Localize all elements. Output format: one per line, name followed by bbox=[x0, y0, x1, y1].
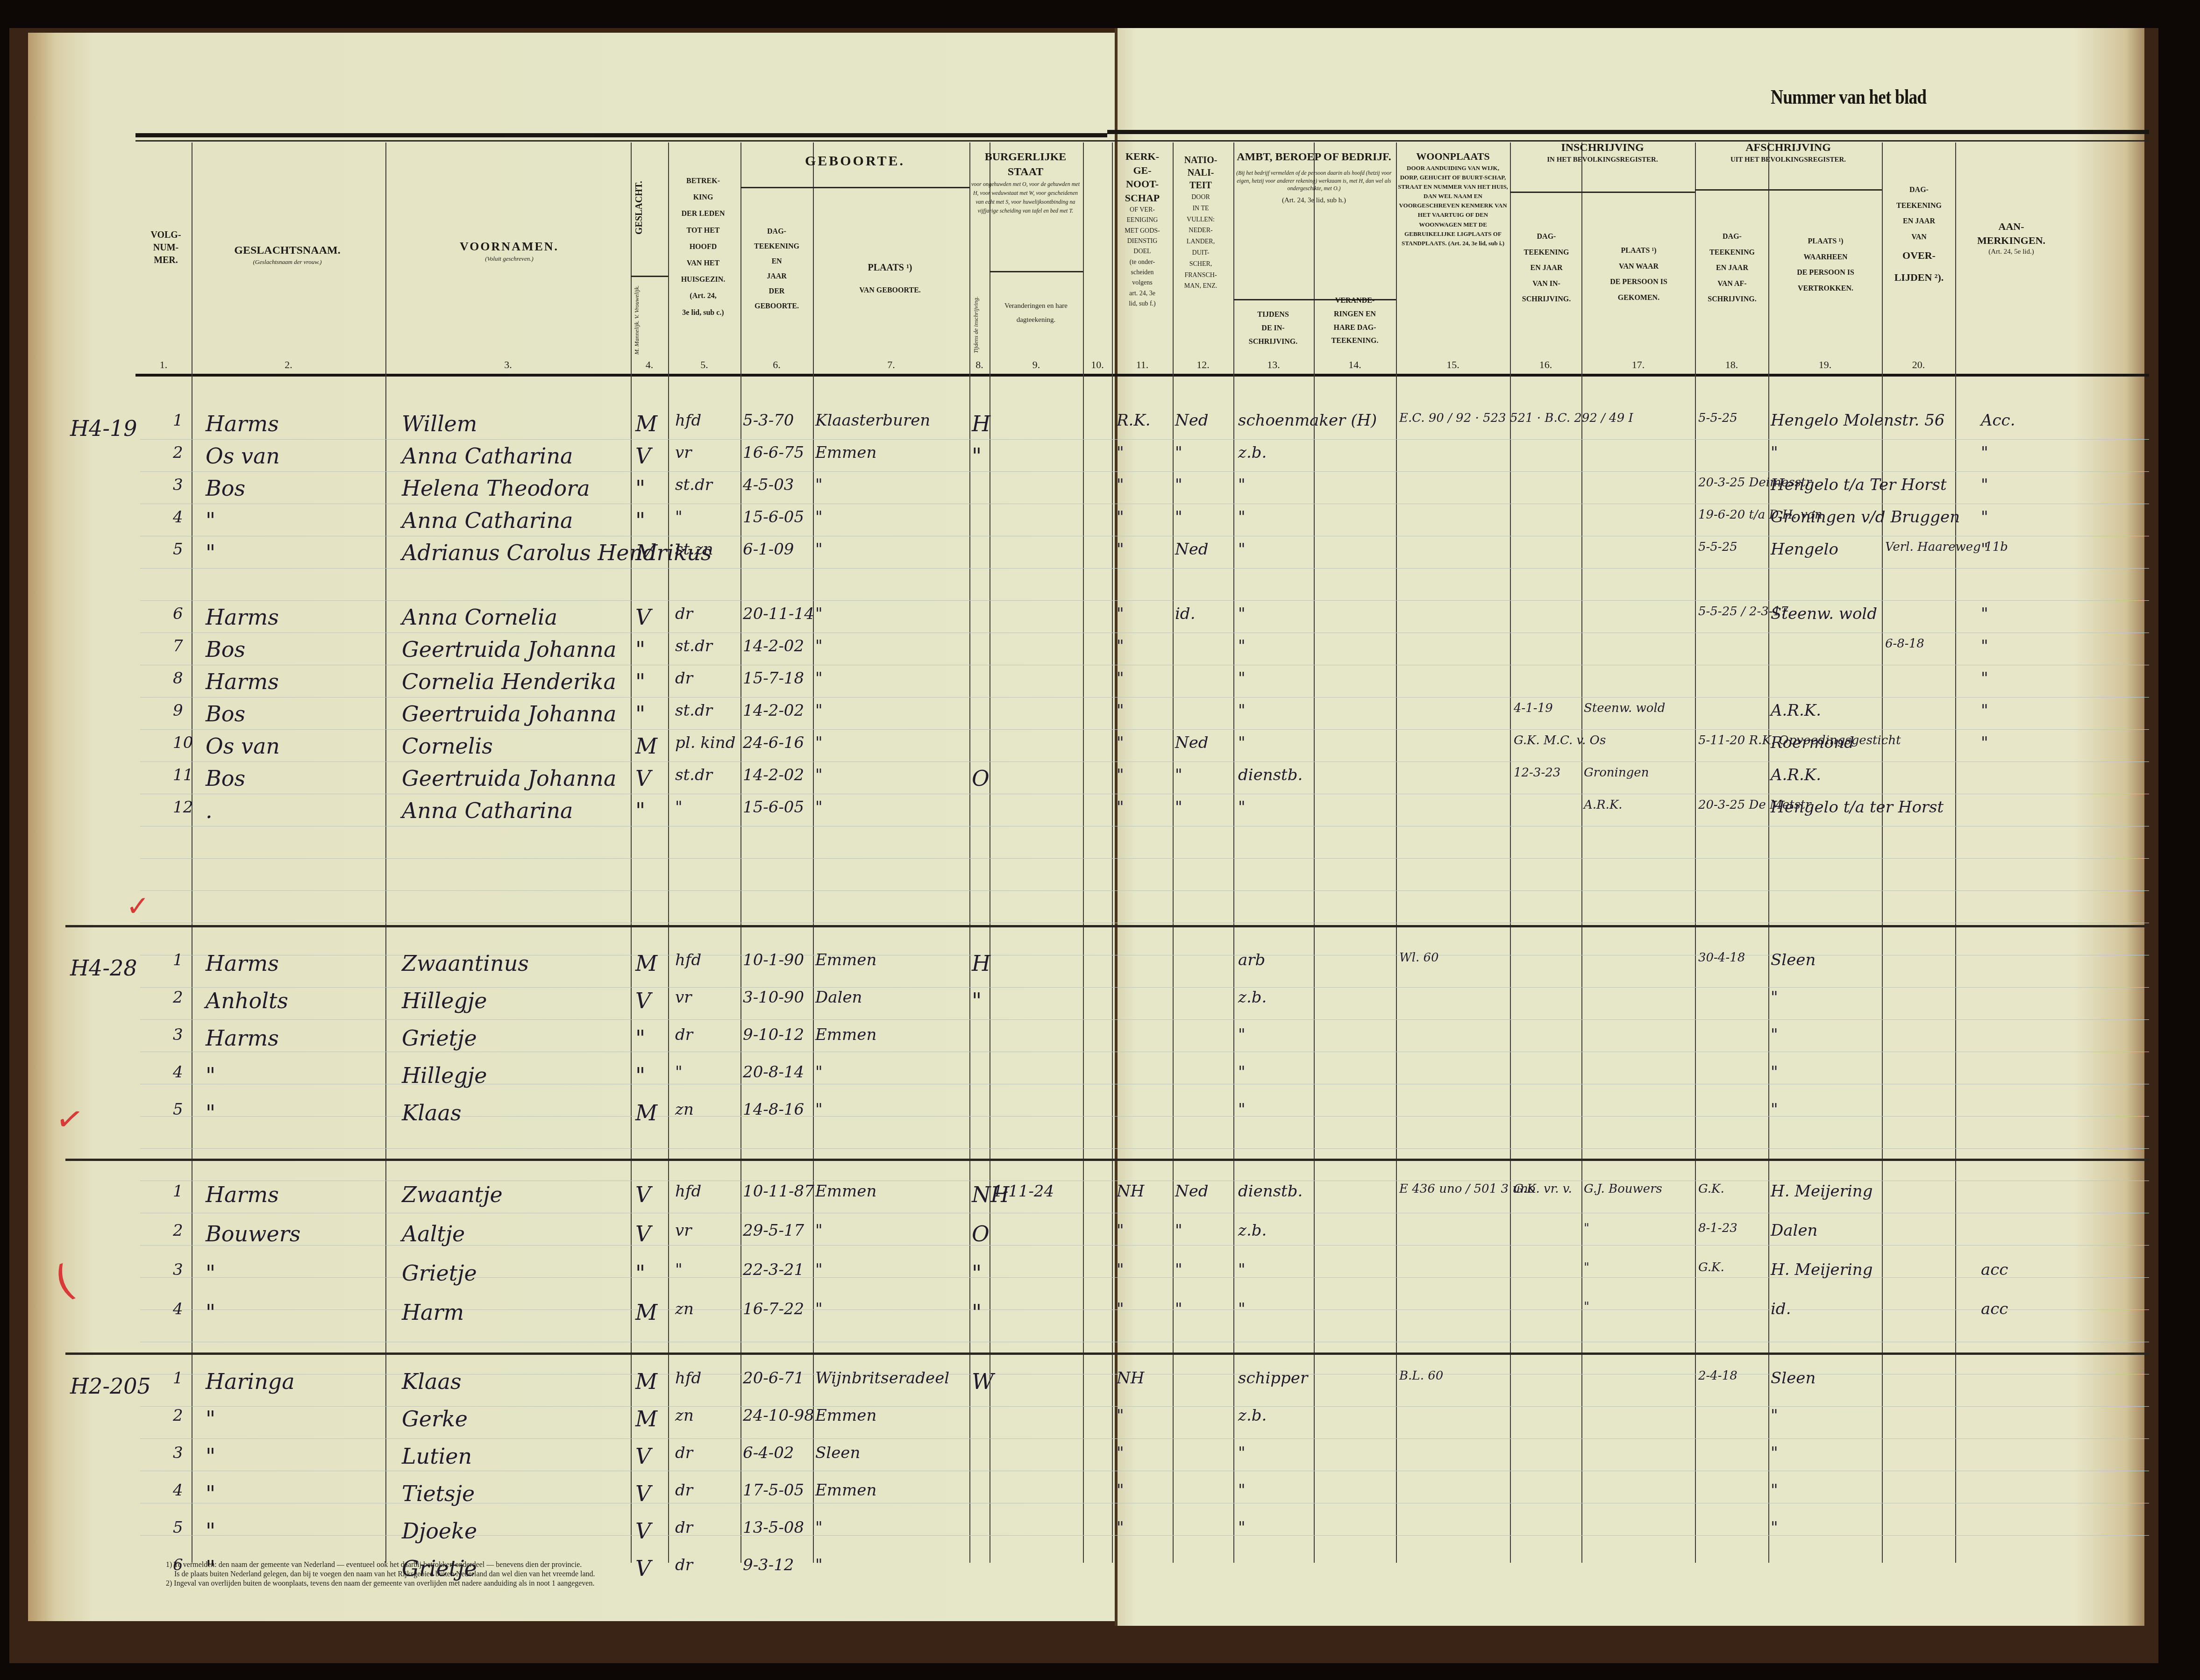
header-col-10: KERK-GE-NOOT-SCHAPOF VER-EENIGINGMET GOD… bbox=[1114, 149, 1170, 310]
entry-out-date: G.K. bbox=[1698, 1182, 1724, 1196]
entry-born: 14-2-02 bbox=[743, 637, 804, 655]
entry-out-date: 5-5-25 bbox=[1698, 540, 1737, 554]
entry-out-place: " bbox=[1771, 443, 1778, 462]
entry-occ: " bbox=[1238, 1063, 1246, 1082]
entry-rel: dr bbox=[675, 605, 693, 623]
entry-church: " bbox=[1117, 508, 1124, 527]
entry-occ: " bbox=[1238, 605, 1246, 623]
ruled-line bbox=[140, 987, 2149, 988]
entry-rel: " bbox=[675, 1260, 683, 1279]
footnote-1: 1) Te vermelden: den naam der gemeente v… bbox=[166, 1560, 867, 1570]
ruled-line bbox=[140, 826, 2149, 826]
column-number: 14. bbox=[1314, 359, 1396, 371]
entry-n: 7 bbox=[173, 637, 183, 655]
entry-rel: st.zn bbox=[675, 540, 713, 559]
entry-surname: . bbox=[206, 798, 213, 823]
entry-sex: V bbox=[635, 1518, 651, 1544]
column-divider bbox=[1173, 142, 1174, 1563]
column-divider bbox=[1882, 142, 1883, 1563]
entry-church: " bbox=[1117, 540, 1124, 559]
entry-given: Anna Cornelia bbox=[402, 605, 557, 630]
entry-place: Sleen bbox=[815, 1444, 860, 1462]
column-number: 2. bbox=[192, 359, 385, 371]
entry-rel: hfd bbox=[675, 1369, 701, 1388]
entry-rel: vr bbox=[675, 1221, 691, 1240]
entry-remark: " bbox=[1981, 476, 1988, 494]
entry-born: 29-5-17 bbox=[743, 1221, 804, 1240]
entry-born: 3-10-90 bbox=[743, 988, 804, 1007]
entry-surname: " bbox=[206, 1300, 215, 1325]
column-number: 18. bbox=[1695, 359, 1768, 371]
entry-church: " bbox=[1117, 1406, 1124, 1425]
entry-out-place: Dalen bbox=[1771, 1221, 1817, 1240]
entry-born: 24-10-98 bbox=[743, 1406, 814, 1425]
entry-rel: dr bbox=[675, 1025, 693, 1044]
entry-n: 1 bbox=[173, 411, 183, 430]
entry-nat: Ned bbox=[1175, 411, 1209, 430]
entry-occ: arb bbox=[1238, 951, 1265, 969]
entry-n: 6 bbox=[173, 605, 183, 623]
entry-born: 5-3-70 bbox=[743, 411, 794, 430]
header-col-1: VOLG-NUM-MER. bbox=[140, 229, 192, 267]
header-col-15: DAG-TEEKENINGEN JAARVAN IN-SCHRIJVING. bbox=[1511, 229, 1581, 307]
entry-in-place: A.R.K. bbox=[1584, 798, 1623, 812]
footnotes: 1) Te vermelden: den naam der gemeente v… bbox=[166, 1560, 867, 1588]
entry-occ: " bbox=[1238, 1518, 1246, 1537]
entry-church: " bbox=[1117, 1300, 1124, 1318]
header-col-13: VERANDE-RINGEN ENHARE DAG-TEEKENING. bbox=[1315, 294, 1395, 348]
entry-n: 3 bbox=[173, 1025, 183, 1044]
entry-given: Klaas bbox=[402, 1100, 462, 1125]
footnote-1b: Is de plaats buiten Nederland gelegen, d… bbox=[166, 1570, 867, 1579]
entry-remark: " bbox=[1981, 701, 1988, 720]
column-divider bbox=[1314, 142, 1315, 1563]
entry-place: " bbox=[815, 669, 823, 688]
entry-n: 4 bbox=[173, 508, 183, 527]
entry-place: Emmen bbox=[815, 1481, 876, 1500]
entry-occ: dienstb. bbox=[1238, 766, 1303, 784]
entry-civil: " bbox=[972, 443, 982, 469]
column-divider bbox=[1955, 142, 1956, 1563]
entry-sex: " bbox=[635, 798, 645, 823]
entry-rel: pl. kind bbox=[675, 733, 735, 752]
entry-out-place: " bbox=[1771, 1406, 1778, 1425]
entry-in-date: 12-3-23 bbox=[1514, 766, 1560, 780]
column-divider bbox=[1083, 142, 1084, 1563]
entry-given: Tietsje bbox=[402, 1481, 475, 1506]
header-col-12: TIJDENSDE IN-SCHRIJVING. bbox=[1233, 308, 1313, 349]
entry-sex: V bbox=[635, 605, 651, 630]
entry-out-place: Steenw. wold bbox=[1771, 605, 1877, 623]
entry-surname: " bbox=[206, 1100, 215, 1125]
entry-born: 14-8-16 bbox=[743, 1100, 804, 1119]
house-number: H2-205 bbox=[70, 1374, 151, 1399]
entry-rel: st.dr bbox=[675, 701, 712, 720]
entry-civil: O bbox=[972, 766, 990, 791]
entry-given: Anna Catharina bbox=[402, 508, 573, 533]
entry-church: NH bbox=[1117, 1182, 1144, 1201]
column-divider bbox=[1695, 142, 1696, 1563]
footnote-2: 2) Ingeval van overlijden buiten de woon… bbox=[166, 1579, 867, 1588]
entry-given: Grietje bbox=[402, 1260, 477, 1286]
entry-given: Helena Theodora bbox=[402, 476, 590, 501]
entry-n: 12 bbox=[173, 798, 193, 817]
entry-sex: " bbox=[635, 701, 645, 726]
entry-born: 20-11-14 bbox=[743, 605, 814, 623]
column-divider bbox=[813, 142, 814, 1563]
header-col-6: DAG-TEEKENINGENJAARDERGEBOORTE. bbox=[743, 224, 811, 314]
entry-sex: " bbox=[635, 1063, 645, 1088]
entry-sex: M bbox=[635, 1406, 657, 1431]
entry-occ: z.b. bbox=[1238, 443, 1267, 462]
entry-surname: Harms bbox=[206, 951, 279, 976]
entry-rel: " bbox=[675, 798, 683, 817]
entry-rel: " bbox=[675, 508, 683, 527]
entry-occ: z.b. bbox=[1238, 988, 1267, 1007]
entry-surname: " bbox=[206, 540, 215, 565]
entry-remark: " bbox=[1981, 443, 1988, 462]
entry-rel: hfd bbox=[675, 1182, 701, 1201]
subgroup-rule bbox=[990, 271, 1083, 272]
entry-n: 3 bbox=[173, 1444, 183, 1462]
header-col-16: PLAATS ¹)VAN WAARDE PERSOON ISGEKOMEN. bbox=[1584, 243, 1694, 306]
entry-remark: acc bbox=[1981, 1300, 2008, 1318]
entry-church: R.K. bbox=[1117, 411, 1151, 430]
entry-in-date: G.K. M.C. v. Os bbox=[1514, 733, 1606, 747]
entry-sex: " bbox=[635, 669, 645, 694]
entry-given: Cornelis bbox=[402, 733, 493, 759]
entry-born: 6-1-09 bbox=[743, 540, 794, 559]
entry-given: Anna Catharina bbox=[402, 798, 573, 823]
entry-out-place: " bbox=[1771, 1025, 1778, 1044]
entry-place: " bbox=[815, 1518, 823, 1537]
entry-out-place: Roermond bbox=[1771, 733, 1854, 752]
entry-n: 11 bbox=[173, 766, 193, 784]
ruled-line bbox=[140, 762, 2149, 762]
entry-nat: " bbox=[1175, 508, 1182, 527]
entry-sex: M bbox=[635, 733, 657, 759]
entry-surname: Harms bbox=[206, 605, 279, 630]
entry-surname: Haringa bbox=[206, 1369, 295, 1394]
entry-given: Cornelia Henderika bbox=[402, 669, 616, 694]
entry-place: " bbox=[815, 637, 823, 655]
header-col-18: PLAATS ¹)WAARHEENDE PERSOON ISVERTROKKEN… bbox=[1771, 234, 1880, 296]
column-number: 5. bbox=[668, 359, 740, 371]
entry-occ: schoenmaker (H) bbox=[1238, 411, 1377, 430]
entry-sex: V bbox=[635, 1444, 651, 1469]
entry-sex: " bbox=[635, 508, 645, 533]
header-col-20: AAN-MERKINGEN.(Art. 24, 5e lid.) bbox=[1958, 220, 2065, 257]
entry-sex: " bbox=[635, 637, 645, 662]
ruled-line bbox=[140, 1019, 2149, 1020]
entry-civil: W bbox=[972, 1369, 994, 1394]
ruled-line bbox=[140, 568, 2149, 569]
entry-church: " bbox=[1117, 733, 1124, 752]
entry-out-place: " bbox=[1771, 1063, 1778, 1082]
entry-occ: " bbox=[1238, 798, 1246, 817]
red-checkmark: ✓ bbox=[126, 890, 150, 923]
entry-sex: V bbox=[635, 766, 651, 791]
entry-occ: " bbox=[1238, 733, 1246, 752]
entry-occ: " bbox=[1238, 1260, 1246, 1279]
household-separator bbox=[65, 925, 2149, 927]
entry-place: Klaasterburen bbox=[815, 411, 930, 430]
entry-place: Emmen bbox=[815, 443, 876, 462]
column-divider bbox=[1581, 142, 1582, 1563]
entry-place: " bbox=[815, 1300, 823, 1318]
entry-surname: Harms bbox=[206, 1025, 279, 1051]
ruled-line bbox=[140, 1342, 2149, 1342]
header-col-3: VOORNAMEN.(Voluit geschreven.) bbox=[388, 238, 631, 263]
entry-place: " bbox=[815, 540, 823, 559]
entry-sex: M bbox=[635, 1300, 657, 1325]
entry-church: " bbox=[1117, 1221, 1124, 1240]
entry-given: Aaltje bbox=[402, 1221, 465, 1246]
entry-given: Hillegje bbox=[402, 1063, 487, 1088]
entry-occ: " bbox=[1238, 701, 1246, 720]
entry-born: 20-6-71 bbox=[743, 1369, 804, 1388]
page-title: Nummer van het blad bbox=[1771, 85, 1926, 109]
header-col-7: PLAATS ¹)VAN GEBOORTE. bbox=[813, 262, 967, 296]
column-number: 11. bbox=[1112, 359, 1173, 371]
entry-place: " bbox=[815, 701, 823, 720]
column-divider bbox=[740, 142, 741, 1563]
entry-surname: Harms bbox=[206, 411, 279, 436]
entry-church: " bbox=[1117, 605, 1124, 623]
entry-given: Zwaantje bbox=[402, 1182, 503, 1207]
entry-addr: Wl. 60 bbox=[1399, 951, 1439, 965]
entry-out-date: 2-4-18 bbox=[1698, 1369, 1737, 1383]
entry-n: 5 bbox=[173, 540, 183, 559]
column-number: 10. bbox=[1083, 359, 1112, 371]
entry-nat: " bbox=[1175, 443, 1182, 462]
entry-n: 3 bbox=[173, 1260, 183, 1279]
entry-sex: M bbox=[635, 411, 657, 436]
entry-sex: V bbox=[635, 1182, 651, 1207]
entry-rel: zn bbox=[675, 1100, 694, 1119]
entry-n: 1 bbox=[173, 1369, 183, 1388]
entry-remark: " bbox=[1981, 669, 1988, 688]
entry-place: " bbox=[815, 1100, 823, 1119]
entry-n: 10 bbox=[173, 733, 193, 752]
entry-out-place: " bbox=[1771, 1100, 1778, 1119]
entry-born: 10-11-87 bbox=[743, 1182, 814, 1201]
entry-occ: " bbox=[1238, 1100, 1246, 1119]
ruled-line bbox=[140, 923, 2149, 923]
header-col-11: NATIO-NALI-TEITDOORIN TEVULLEN:NEDER-LAN… bbox=[1173, 154, 1229, 292]
entry-occ: schipper bbox=[1238, 1369, 1308, 1388]
entry-death: Verl. Haareweg 11b bbox=[1885, 540, 2008, 554]
entry-n: 1 bbox=[173, 951, 183, 969]
entry-rel: st.dr bbox=[675, 637, 712, 655]
ruled-line bbox=[140, 1438, 2149, 1439]
entry-place: Emmen bbox=[815, 1406, 876, 1425]
entry-church: " bbox=[1117, 798, 1124, 817]
entry-occ: z.b. bbox=[1238, 1406, 1267, 1425]
entry-surname: " bbox=[206, 1063, 215, 1088]
entry-given: Zwaantinus bbox=[402, 951, 529, 976]
entry-church: NH bbox=[1117, 1369, 1144, 1388]
entry-born: 15-6-05 bbox=[743, 508, 804, 527]
entry-occ: " bbox=[1238, 540, 1246, 559]
column-number: 8. bbox=[969, 359, 990, 371]
entry-in-date: G.K. vr. v. bbox=[1514, 1182, 1572, 1196]
entry-out-place: Hengelo t/a ter Horst bbox=[1771, 798, 1944, 817]
ruled-line bbox=[140, 794, 2149, 794]
column-divider bbox=[1233, 142, 1234, 1563]
entry-in-place: Groningen bbox=[1584, 766, 1649, 780]
entry-remark: " bbox=[1981, 540, 1988, 559]
entry-out-place: Hengelo bbox=[1771, 540, 1838, 559]
header-col-9: Veranderingen en hare dagteekening. bbox=[990, 299, 1082, 327]
household-separator bbox=[65, 1353, 2149, 1355]
column-divider bbox=[385, 142, 386, 1563]
column-divider bbox=[1396, 142, 1397, 1563]
ruled-line bbox=[140, 600, 2149, 601]
entry-born: 22-3-21 bbox=[743, 1260, 804, 1279]
entry-given: Geertruida Johanna bbox=[402, 637, 616, 662]
entry-born: 9-10-12 bbox=[743, 1025, 804, 1044]
column-number: 6. bbox=[740, 359, 813, 371]
entry-church: " bbox=[1117, 766, 1124, 784]
entry-church: " bbox=[1117, 476, 1124, 494]
entry-church: " bbox=[1117, 1518, 1124, 1537]
entry-given: Adrianus Carolus Hendrikus bbox=[402, 540, 712, 565]
entry-place: " bbox=[815, 476, 823, 494]
entry-born: 20-8-14 bbox=[743, 1063, 804, 1082]
header-col-8: Tijdens de inschrijving. bbox=[971, 290, 990, 360]
entry-church: " bbox=[1117, 637, 1124, 655]
entry-surname: Bos bbox=[206, 637, 245, 662]
entry-given: Geertruida Johanna bbox=[402, 701, 616, 726]
header-ambt-group: AMBT, BEROEP OF BEDRIJF.(Bij het bedrijf… bbox=[1233, 149, 1395, 205]
entry-occ: " bbox=[1238, 1025, 1246, 1044]
entry-rel: dr bbox=[675, 1481, 693, 1500]
entry-surname: Bos bbox=[206, 766, 245, 791]
entry-place: " bbox=[815, 766, 823, 784]
subgroup-rule bbox=[740, 187, 969, 188]
entry-place: " bbox=[815, 1063, 823, 1082]
entry-place: Emmen bbox=[815, 1025, 876, 1044]
entry-occ: " bbox=[1238, 476, 1246, 494]
entry-sex: M bbox=[635, 540, 657, 565]
entry-surname: Bos bbox=[206, 476, 245, 501]
entry-nat: Ned bbox=[1175, 733, 1209, 752]
entry-born: 14-2-02 bbox=[743, 701, 804, 720]
entry-out-date: G.K. bbox=[1698, 1260, 1724, 1274]
entry-nat: Ned bbox=[1175, 1182, 1209, 1201]
entry-born: 14-2-02 bbox=[743, 766, 804, 784]
ruled-line bbox=[140, 858, 2149, 859]
header-col-17: DAG-TEEKENINGEN JAARVAN AF-SCHRIJVING. bbox=[1696, 229, 1768, 307]
header-col-4-sub: M. Mannelijk. V. Vrouwelijk. bbox=[632, 280, 652, 360]
entry-civil: " bbox=[972, 1260, 982, 1286]
ruled-line bbox=[140, 1148, 2149, 1149]
entry-place: " bbox=[815, 1260, 823, 1279]
entry-born: 15-6-05 bbox=[743, 798, 804, 817]
entry-rel: zn bbox=[675, 1300, 694, 1318]
household-separator bbox=[65, 1159, 2149, 1161]
entry-nat: id. bbox=[1175, 605, 1195, 623]
ruled-line bbox=[140, 439, 2149, 440]
ruled-line bbox=[140, 890, 2149, 891]
entry-remark: " bbox=[1981, 508, 1988, 527]
entry-remark: acc bbox=[1981, 1260, 2008, 1279]
header-afschrijving-group: AFSCHRIJVINGUIT HET BEVOLKINGSREGISTER. bbox=[1696, 140, 1880, 165]
entry-n: 4 bbox=[173, 1300, 183, 1318]
entry-occ: " bbox=[1238, 669, 1246, 688]
entry-born: 10-1-90 bbox=[743, 951, 804, 969]
header-geboorte-group: GEBOORTE. bbox=[743, 152, 967, 171]
entry-rel: " bbox=[675, 1063, 683, 1082]
entry-surname: Bos bbox=[206, 701, 245, 726]
entry-n: 2 bbox=[173, 988, 183, 1007]
subgroup-rule bbox=[1510, 192, 1695, 193]
entry-rel: dr bbox=[675, 1518, 693, 1537]
entry-n: 3 bbox=[173, 476, 183, 494]
entry-nat: " bbox=[1175, 798, 1182, 817]
entry-n: 8 bbox=[173, 669, 183, 688]
entry-born: 24-6-16 bbox=[743, 733, 804, 752]
entry-given: Hillegje bbox=[402, 988, 487, 1013]
column-number: 9. bbox=[990, 359, 1083, 371]
column-divider bbox=[192, 142, 192, 1563]
entry-civil: H bbox=[972, 951, 990, 976]
house-number: H4-19 bbox=[70, 416, 137, 441]
entry-sex: " bbox=[635, 1260, 645, 1286]
entry-place: " bbox=[815, 605, 823, 623]
entry-surname: " bbox=[206, 1481, 215, 1506]
entry-out-place: Sleen bbox=[1771, 1369, 1816, 1388]
column-number: 20. bbox=[1882, 359, 1955, 371]
header-col-5: BETREK-KINGDER LEDENTOT HETHOOFDVAN HETH… bbox=[668, 173, 738, 321]
entry-sex: " bbox=[635, 476, 645, 501]
entry-sex: " bbox=[635, 1025, 645, 1051]
ruled-line bbox=[140, 729, 2149, 730]
header-inschrijving-group: INSCHRIJVINGIN HET BEVOLKINGSREGISTER. bbox=[1511, 140, 1694, 165]
entry-out-place: " bbox=[1771, 1518, 1778, 1537]
column-divider bbox=[990, 142, 990, 1563]
entry-occ: " bbox=[1238, 637, 1246, 655]
header-col-2: GESLACHTSNAAM.(Geslachtsnaam der vrouw.) bbox=[192, 243, 383, 266]
entry-n: 4 bbox=[173, 1063, 183, 1082]
entry-born: 17-5-05 bbox=[743, 1481, 804, 1500]
entry-nat: " bbox=[1175, 1221, 1182, 1240]
column-divider bbox=[1112, 142, 1113, 1563]
entry-given: Harm bbox=[402, 1300, 464, 1325]
column-number: 16. bbox=[1510, 359, 1581, 371]
entry-rel: dr bbox=[675, 669, 693, 688]
entry-place: Wijnbritseradeel bbox=[815, 1369, 949, 1388]
entry-out-place: A.R.K. bbox=[1771, 766, 1821, 784]
ruled-line bbox=[140, 504, 2149, 504]
entry-occ: " bbox=[1238, 1444, 1246, 1462]
entry-n: 9 bbox=[173, 701, 183, 720]
header-col-14: WOONPLAATSDOOR AANDUIDING VAN WIJK, DORP… bbox=[1397, 149, 1509, 248]
entry-n: 2 bbox=[173, 443, 183, 462]
entry-place: " bbox=[815, 733, 823, 752]
entry-surname: " bbox=[206, 1518, 215, 1544]
entry-occ: dienstb. bbox=[1238, 1182, 1303, 1201]
entry-out-place: H. Meijering bbox=[1771, 1182, 1873, 1201]
entry-place: Dalen bbox=[815, 988, 862, 1007]
header-bottom-rule bbox=[135, 374, 2149, 377]
entry-out-date: 8-1-23 bbox=[1698, 1221, 1737, 1235]
column-number: 3. bbox=[385, 359, 631, 371]
entry-surname: Harms bbox=[206, 1182, 279, 1207]
entry-in-place: Steenw. wold bbox=[1584, 701, 1665, 715]
ruled-line bbox=[140, 471, 2149, 472]
